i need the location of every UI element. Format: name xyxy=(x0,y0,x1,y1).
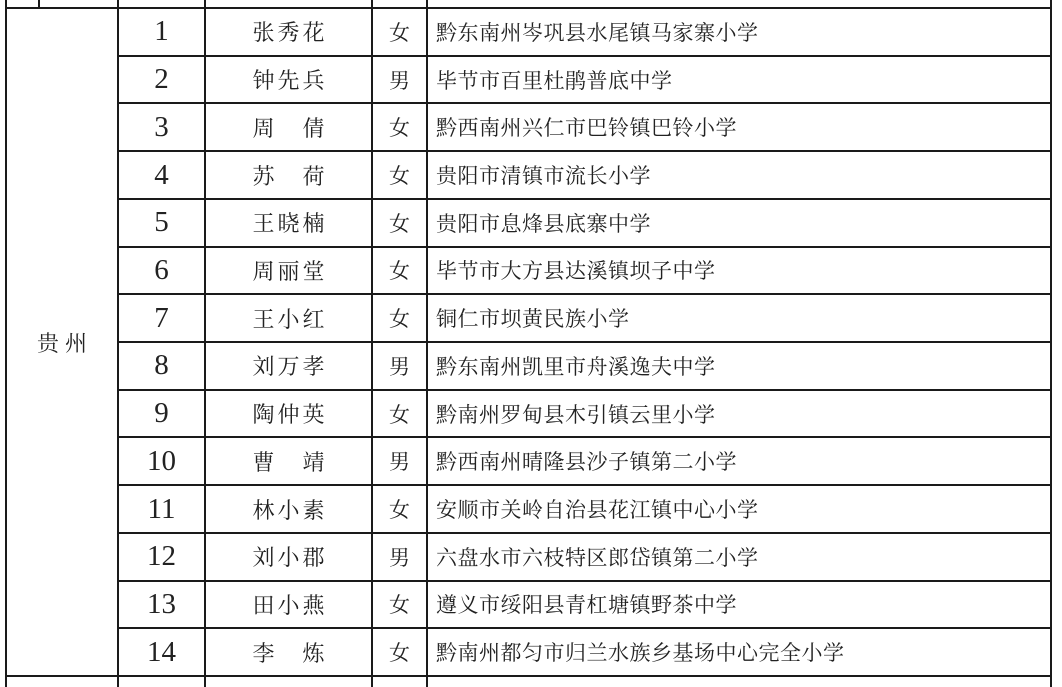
teacher-name: 周 倩 xyxy=(206,104,373,150)
school-name: 黔西南州兴仁市巴铃镇巴铃小学 xyxy=(428,104,1050,150)
school-name: 毕节市大方县达溪镇坝子中学 xyxy=(428,248,1050,294)
row-number: 6 xyxy=(119,248,206,294)
school-name: 黔东南州岑巩县水尾镇马家寨小学 xyxy=(428,9,1050,55)
row-number: 13 xyxy=(119,582,206,628)
gender-cell: 女 xyxy=(373,391,428,437)
teacher-name: 钟先兵 xyxy=(206,57,373,103)
gender-cell: 男 xyxy=(373,57,428,103)
school-name: 贵阳市息烽县底寨中学 xyxy=(428,200,1050,246)
grid-line-stub xyxy=(371,677,373,687)
grid-line-stub xyxy=(204,677,206,687)
grid-line-stub xyxy=(38,0,40,7)
gender-cell: 女 xyxy=(373,152,428,198)
teacher-name: 刘小郡 xyxy=(206,534,373,580)
gender-cell: 女 xyxy=(373,200,428,246)
row-number: 5 xyxy=(119,200,206,246)
gender-cell: 男 xyxy=(373,438,428,484)
document-page: 贵州 1 张秀花 女 黔东南州岑巩县水尾镇马家寨小学 2 钟先兵 男 毕节市百里… xyxy=(0,0,1062,687)
table-row: 2 钟先兵 男 毕节市百里杜鹃普底中学 xyxy=(119,57,1050,105)
row-number: 11 xyxy=(119,486,206,532)
teacher-name: 李 炼 xyxy=(206,629,373,675)
gender-cell: 女 xyxy=(373,9,428,55)
teacher-name: 刘万孝 xyxy=(206,343,373,389)
table-row: 8 刘万孝 男 黔东南州凯里市舟溪逸夫中学 xyxy=(119,343,1050,391)
grid-line-stub xyxy=(371,0,373,7)
teacher-name: 田小燕 xyxy=(206,582,373,628)
roster-table: 贵州 1 张秀花 女 黔东南州岑巩县水尾镇马家寨小学 2 钟先兵 男 毕节市百里… xyxy=(5,7,1052,677)
row-number: 3 xyxy=(119,104,206,150)
grid-line-stub xyxy=(1050,0,1052,7)
table-row: 9 陶仲英 女 黔南州罗甸县木引镇云里小学 xyxy=(119,391,1050,439)
table-row: 5 王晓楠 女 贵阳市息烽县底寨中学 xyxy=(119,200,1050,248)
row-number: 1 xyxy=(119,9,206,55)
gender-cell: 男 xyxy=(373,343,428,389)
gender-cell: 女 xyxy=(373,582,428,628)
grid-line-stub xyxy=(5,0,7,7)
teacher-name: 林小素 xyxy=(206,486,373,532)
teacher-name: 曹 靖 xyxy=(206,438,373,484)
school-name: 六盘水市六枝特区郎岱镇第二小学 xyxy=(428,534,1050,580)
school-name: 黔南州罗甸县木引镇云里小学 xyxy=(428,391,1050,437)
school-name: 遵义市绥阳县青杠塘镇野茶中学 xyxy=(428,582,1050,628)
table-row: 4 苏 荷 女 贵阳市清镇市流长小学 xyxy=(119,152,1050,200)
grid-line-stub xyxy=(117,677,119,687)
row-number: 4 xyxy=(119,152,206,198)
school-name: 毕节市百里杜鹃普底中学 xyxy=(428,57,1050,103)
school-name: 安顺市关岭自治县花江镇中心小学 xyxy=(428,486,1050,532)
school-name: 黔东南州凯里市舟溪逸夫中学 xyxy=(428,343,1050,389)
row-number: 7 xyxy=(119,295,206,341)
teacher-name: 王晓楠 xyxy=(206,200,373,246)
row-number: 2 xyxy=(119,57,206,103)
grid-line-stub xyxy=(5,677,7,687)
table-row: 3 周 倩 女 黔西南州兴仁市巴铃镇巴铃小学 xyxy=(119,104,1050,152)
school-name: 贵阳市清镇市流长小学 xyxy=(428,152,1050,198)
gender-cell: 女 xyxy=(373,104,428,150)
table-row: 12 刘小郡 男 六盘水市六枝特区郎岱镇第二小学 xyxy=(119,534,1050,582)
school-name: 黔西南州晴隆县沙子镇第二小学 xyxy=(428,438,1050,484)
table-row: 13 田小燕 女 遵义市绥阳县青杠塘镇野茶中学 xyxy=(119,582,1050,630)
gender-cell: 女 xyxy=(373,629,428,675)
table-row: 11 林小素 女 安顺市关岭自治县花江镇中心小学 xyxy=(119,486,1050,534)
row-number: 10 xyxy=(119,438,206,484)
teacher-name: 周丽堂 xyxy=(206,248,373,294)
school-name: 黔南州都匀市归兰水族乡基场中心完全小学 xyxy=(428,629,1050,675)
school-name: 铜仁市坝黄民族小学 xyxy=(428,295,1050,341)
row-number: 9 xyxy=(119,391,206,437)
teacher-name: 王小红 xyxy=(206,295,373,341)
row-number: 12 xyxy=(119,534,206,580)
table-row: 10 曹 靖 男 黔西南州晴隆县沙子镇第二小学 xyxy=(119,438,1050,486)
table-row: 14 李 炼 女 黔南州都匀市归兰水族乡基场中心完全小学 xyxy=(119,629,1050,675)
gender-cell: 男 xyxy=(373,534,428,580)
row-number: 8 xyxy=(119,343,206,389)
table-row: 1 张秀花 女 黔东南州岑巩县水尾镇马家寨小学 xyxy=(119,9,1050,57)
table-rows: 1 张秀花 女 黔东南州岑巩县水尾镇马家寨小学 2 钟先兵 男 毕节市百里杜鹃普… xyxy=(119,9,1050,675)
grid-line-stub xyxy=(426,677,428,687)
grid-line-stub xyxy=(117,0,119,7)
table-row: 6 周丽堂 女 毕节市大方县达溪镇坝子中学 xyxy=(119,248,1050,296)
table-row: 7 王小红 女 铜仁市坝黄民族小学 xyxy=(119,295,1050,343)
teacher-name: 张秀花 xyxy=(206,9,373,55)
gender-cell: 女 xyxy=(373,248,428,294)
teacher-name: 苏 荷 xyxy=(206,152,373,198)
teacher-name: 陶仲英 xyxy=(206,391,373,437)
gender-cell: 女 xyxy=(373,295,428,341)
grid-line-stub xyxy=(426,0,428,7)
row-number: 14 xyxy=(119,629,206,675)
province-cell: 贵州 xyxy=(7,9,119,675)
grid-line-stub xyxy=(204,0,206,7)
grid-line-stub xyxy=(1050,677,1052,687)
gender-cell: 女 xyxy=(373,486,428,532)
